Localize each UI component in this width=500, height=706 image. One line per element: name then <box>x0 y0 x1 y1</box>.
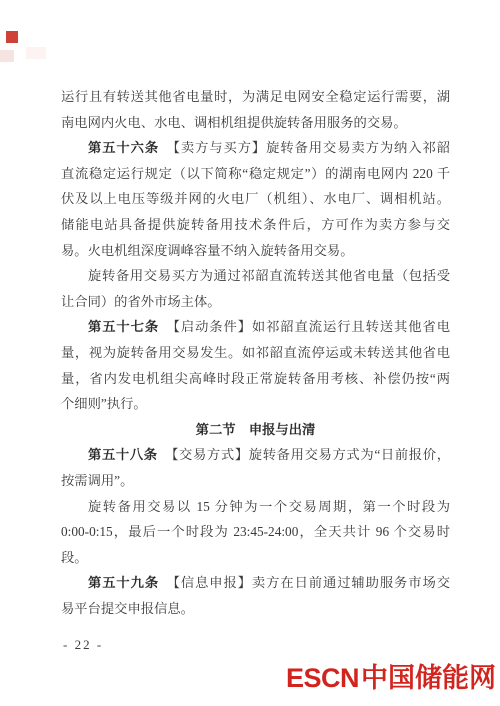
text-run: 运行且有转送其他省电量时，为满足电网安全稳定运行需要，湖 <box>61 89 450 104</box>
text-run: 第五十七条 <box>88 319 159 334</box>
text-run: 让合同）的省外市场主体。 <box>61 294 221 309</box>
text-line: 量，视为旋转备用交易发生。如祁韶直流停运或未转送其他省电 <box>61 340 450 366</box>
text-run: 【卖方与买方】旋转备用交易卖方为纳入祁韶 <box>159 140 450 155</box>
document-lines: 运行且有转送其他省电量时，为满足电网安全稳定运行需要，湖南电网内火电、水电、调相… <box>61 84 450 621</box>
text-line: 易。火电机组深度调峰容量不纳入旋转备用交易。 <box>61 238 450 264</box>
text-line: 旋转备用交易以 15 分钟为一个交易周期，第一个时段为 <box>61 494 450 520</box>
text-run: 易平台提交申报信息。 <box>61 601 194 616</box>
text-run: 0:00-0:15，最后一个时段为 23:45-24:00，全天共计 96 个交… <box>61 524 450 539</box>
text-run: 【启动条件】如祁韶直流运行且转送其他省电 <box>159 319 450 334</box>
text-line: 第二节 申报与出清 <box>61 417 450 443</box>
text-run: 段。 <box>61 550 88 565</box>
corner-artifact-red <box>6 31 18 43</box>
document-page: 运行且有转送其他省电量时，为满足电网安全稳定运行需要，湖南电网内火电、水电、调相… <box>0 0 500 706</box>
text-run: 个细则”执行。 <box>61 396 147 411</box>
text-line: 易平台提交申报信息。 <box>61 596 450 622</box>
text-run: 量，省内发电机组尖高峰时段正常旋转备用考核、补偿仍按“两 <box>61 371 450 386</box>
page-number: - 22 - <box>63 637 103 653</box>
text-line: 让合同）的省外市场主体。 <box>61 289 450 315</box>
text-line: 第五十八条 【交易方式】旋转备用交易方式为“日前报价， <box>61 442 450 468</box>
text-run: 储能电站具备提供旋转备用技术条件后，方可作为卖方参与交 <box>61 217 450 232</box>
text-run: 旋转备用交易买方为通过祁韶直流转送其他省电量（包括受 <box>88 268 450 283</box>
text-run: 旋转备用交易以 15 分钟为一个交易周期，第一个时段为 <box>88 499 450 514</box>
text-run: 【交易方式】旋转备用交易方式为“日前报价， <box>158 447 450 462</box>
escn-logo-cjk: 中国储能网 <box>361 663 496 693</box>
text-run: 第二节 申报与出清 <box>196 422 316 437</box>
text-line: 0:00-0:15，最后一个时段为 23:45-24:00，全天共计 96 个交… <box>61 519 450 545</box>
escn-watermark-logo: ESCN中国储能网 <box>286 662 496 694</box>
text-line: 第五十九条 【信息申报】卖方在日前通过辅助服务市场交 <box>61 570 450 596</box>
text-run: 直流稳定运行规定（以下简称“稳定规定”）的湖南电网内 220 千 <box>61 166 450 181</box>
text-run: 第五十八条 <box>88 447 158 462</box>
text-run: 南电网内火电、水电、调相机组提供旋转备用服务的交易。 <box>61 115 407 130</box>
text-run: 易。火电机组深度调峰容量不纳入旋转备用交易。 <box>61 243 354 258</box>
text-line: 旋转备用交易买方为通过祁韶直流转送其他省电量（包括受 <box>61 263 450 289</box>
escn-logo-latin: ESCN <box>286 663 359 693</box>
text-line: 伏及以上电压等级并网的火电厂（机组）、水电厂、调相机站。 <box>61 186 450 212</box>
text-line: 运行且有转送其他省电量时，为满足电网安全稳定运行需要，湖 <box>61 84 450 110</box>
corner-artifact-pink-2 <box>26 47 46 59</box>
text-line: 第五十七条 【启动条件】如祁韶直流运行且转送其他省电 <box>61 314 450 340</box>
text-run: 量，视为旋转备用交易发生。如祁韶直流停运或未转送其他省电 <box>61 345 450 360</box>
text-run: 第五十九条 <box>88 575 159 590</box>
text-line: 直流稳定运行规定（以下简称“稳定规定”）的湖南电网内 220 千 <box>61 161 450 187</box>
text-line: 储能电站具备提供旋转备用技术条件后，方可作为卖方参与交 <box>61 212 450 238</box>
text-run: 【信息申报】卖方在日前通过辅助服务市场交 <box>159 575 450 590</box>
text-run: 第五十六条 <box>88 140 159 155</box>
text-line: 个细则”执行。 <box>61 391 450 417</box>
text-line: 第五十六条 【卖方与买方】旋转备用交易卖方为纳入祁韶 <box>61 135 450 161</box>
text-line: 按需调用”。 <box>61 468 450 494</box>
corner-artifact-pink-1 <box>0 50 14 62</box>
text-line: 南电网内火电、水电、调相机组提供旋转备用服务的交易。 <box>61 110 450 136</box>
text-line: 段。 <box>61 545 450 571</box>
text-run: 按需调用”。 <box>61 473 133 488</box>
text-line: 量，省内发电机组尖高峰时段正常旋转备用考核、补偿仍按“两 <box>61 366 450 392</box>
text-run: 伏及以上电压等级并网的火电厂（机组）、水电厂、调相机站。 <box>61 191 450 206</box>
